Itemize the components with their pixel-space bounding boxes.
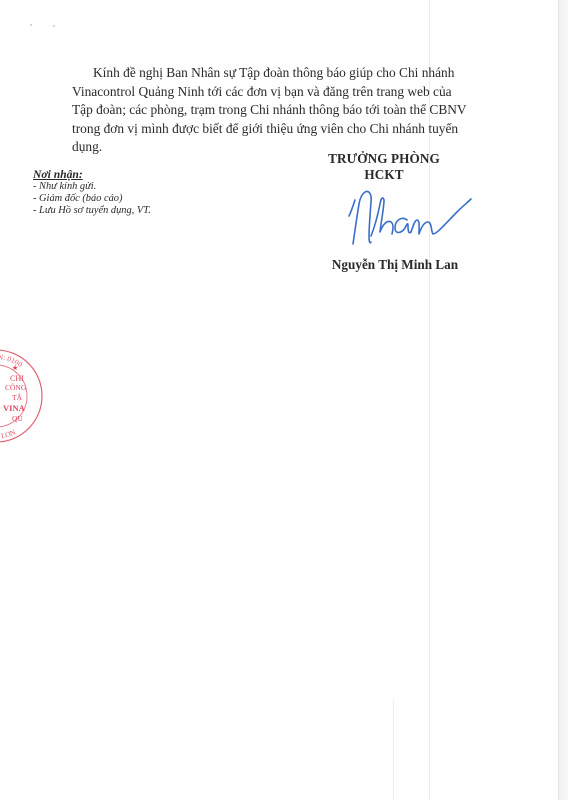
svg-text:★: ★ bbox=[12, 364, 18, 372]
svg-text:CHI: CHI bbox=[10, 374, 24, 383]
signer-name: Nguyễn Thị Minh Lan bbox=[325, 257, 465, 273]
scan-speck bbox=[30, 24, 32, 26]
scan-edge-shadow bbox=[558, 0, 568, 800]
handwritten-signature bbox=[345, 186, 475, 250]
scan-speck bbox=[53, 25, 55, 27]
svg-text:VINA: VINA bbox=[3, 403, 26, 413]
svg-text:TẬ: TẬ bbox=[12, 392, 23, 402]
body-paragraph: Kính đề nghị Ban Nhân sự Tập đoàn thông … bbox=[72, 64, 472, 157]
official-stamp: M.S.C.N: 0100 TP. HẠ LON ★ CHI CÔNG TẬ V… bbox=[0, 348, 44, 444]
recipient-item: - Giám đốc (báo cáo) bbox=[33, 193, 151, 205]
scanned-document-page: Kính đề nghị Ban Nhân sự Tập đoàn thông … bbox=[0, 0, 568, 800]
scan-artifact-line bbox=[393, 700, 394, 800]
recipient-item: - Như kính gửi. bbox=[33, 181, 151, 193]
svg-text:CÔNG: CÔNG bbox=[5, 382, 27, 392]
svg-text:QU: QU bbox=[12, 414, 23, 423]
signature-title: TRƯỞNG PHÒNG HCKT bbox=[309, 151, 459, 183]
recipient-item: - Lưu Hồ sơ tuyển dụng, VT. bbox=[33, 205, 151, 217]
recipients-block: Nơi nhận: - Như kính gửi. - Giám đốc (bá… bbox=[33, 168, 151, 218]
recipients-title: Nơi nhận: bbox=[33, 168, 151, 181]
